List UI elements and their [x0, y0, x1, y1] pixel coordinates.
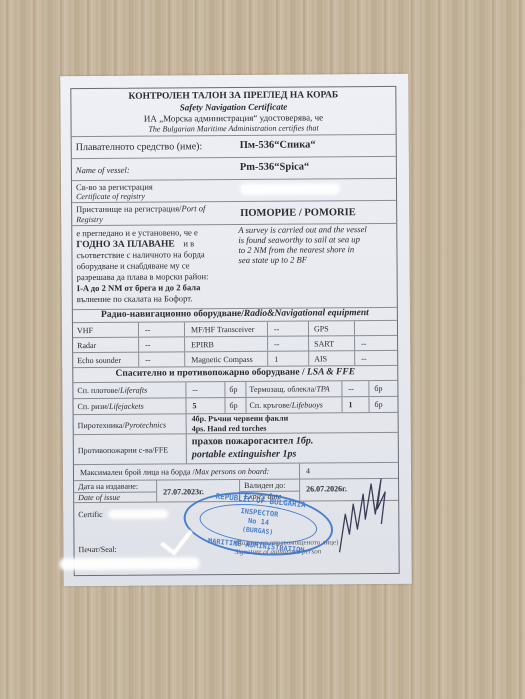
survey-bg-line: ГОДНО ЗА ПЛАВАНЕ и в — [76, 238, 194, 250]
vessel-name-en-row: Name of vessel: Pm-536“Spica“ — [72, 157, 396, 181]
radio-nav-title: Радио-навигационно оборудване/Radio&Navi… — [73, 308, 397, 320]
ffe-value-en: portable extinguisher 1ps — [192, 449, 297, 461]
pyrotechnics-row: Пиротехника/Pyrotechnics 4бр. Ръчни черв… — [74, 413, 398, 435]
equipment-value: -- — [361, 339, 366, 348]
expiry-label-bg: Валиден до: — [244, 481, 285, 490]
registry-label-bg: Св-во за регистрация — [76, 182, 153, 193]
equipment-label: AIS — [314, 354, 327, 363]
vessel-value-bg: Пм-536“Спика“ — [240, 139, 316, 151]
equipment-label: MF/HF Transceiver — [191, 325, 254, 334]
certificate-paper: КОНТРОЛЕН ТАЛОН ЗА ПРЕГЛЕД НА КОРАБ Safe… — [60, 74, 412, 586]
port-label-bg: Пристанище на регистрация/Port of — [76, 203, 205, 214]
survey-bg-line: е прегледано и е установено, че е — [76, 227, 198, 238]
equipment-label: Echo sounder — [77, 356, 121, 365]
lsa-label: Термозащ. облекла/TPA — [249, 384, 329, 394]
lsa-unit: бр — [229, 401, 237, 410]
seal-label: Печат/Seal: — [78, 545, 116, 554]
issuer-en: The Bulgarian Maritime Administration ce… — [72, 123, 396, 134]
pyrotechnics-label: Пиротехника/Pyrotechnics — [78, 420, 167, 430]
port-label-en: Registry — [76, 215, 103, 224]
pyrotechnics-value-en: 4ps. Hand red torches — [192, 424, 267, 434]
equipment-value: -- — [274, 325, 279, 334]
lsa-value: -- — [192, 385, 197, 394]
registry-row: Св-во за регистрация Certificate of regi… — [72, 179, 396, 203]
certificate-number-redacted — [108, 509, 168, 518]
lsa-value: -- — [348, 384, 353, 393]
issue-label-en: Date of issue — [78, 493, 120, 502]
pyrotechnics-value-bg: 4бр. Ръчни червени факли — [192, 414, 289, 424]
max-persons-label: Максимален брой лица на борда /Max perso… — [80, 467, 269, 477]
equipment-value: -- — [145, 326, 150, 335]
lsa-ffe-title: Спасително и противопожарно оборудване /… — [73, 367, 397, 379]
vessel-label-bg: Плавателното средство (име): — [76, 141, 203, 153]
equipment-value: 1 — [274, 355, 278, 364]
signature-scribble — [331, 474, 392, 554]
lsa-value: 5 — [192, 401, 196, 410]
vessel-value-en: Pm-536“Spica“ — [240, 161, 309, 172]
ffe-label: Противопожарни с-ва/FFE — [78, 445, 168, 455]
survey-bg-line: I-A до 2 NM от брега и до 2 бала — [77, 282, 201, 293]
lsa-label: Сп. кръгове/Lifebuoys — [249, 400, 322, 410]
survey-en-line: to 2 NM from the nearest shore in — [238, 244, 354, 255]
registry-value-redacted — [240, 183, 340, 195]
port-row: Пристанище на регистрация/Port of Regist… — [72, 201, 396, 226]
equipment-label: Radar — [77, 341, 96, 350]
ffe-row: Противопожарни с-ва/FFE прахов пожарогас… — [74, 433, 398, 465]
vessel-label-en: Name of vessel: — [76, 165, 130, 175]
survey-row: е прегледано и е установено, че е ГОДНО … — [72, 224, 397, 310]
survey-bg-line: съответствие с наличното на борда — [76, 249, 204, 260]
survey-bg-line: вълнение по скалата на Бофорт. — [77, 293, 193, 304]
equipment-value: -- — [145, 341, 150, 350]
ffe-value-bg: прахов пожарогасител 1бр. — [192, 435, 314, 447]
survey-bg: е прегледано и е установено, че е ГОДНО … — [72, 225, 236, 309]
survey-en-line: sea state up to 2 BF — [238, 255, 307, 265]
bottom-redaction — [60, 557, 200, 570]
equipment-value: -- — [145, 356, 150, 365]
lsa-unit: бр — [374, 400, 382, 409]
equipment-label: SART — [314, 339, 334, 348]
issue-label-bg: Дата на издаване: — [78, 482, 138, 491]
registry-label-en: Certificate of registry — [76, 192, 145, 201]
port-value: ПОМОРИЕ / POMORIE — [240, 207, 356, 219]
lsa-unit: бр — [374, 384, 382, 393]
certificate-header: КОНТРОЛЕН ТАЛОН ЗА ПРЕГЛЕД НА КОРАБ Safe… — [71, 87, 395, 137]
certificate-number-label: Certific — [78, 510, 102, 519]
equipment-label: Magnetic Compass — [191, 355, 253, 364]
lsa-value: 1 — [348, 400, 352, 409]
vessel-name-bg-row: Плавателното средство (име): Пм-536“Спик… — [72, 135, 396, 159]
survey-bg-line: разрешава да плава в морски район: — [77, 271, 209, 282]
equipment-value: -- — [361, 354, 366, 363]
lsa-label: Сп. ризи/Lifejackets — [77, 402, 143, 411]
equipment-label: EPIRB — [191, 340, 214, 349]
lsa-label: Сп. плотове/Liferafts — [77, 386, 147, 395]
equipment-value: -- — [274, 340, 279, 349]
equipment-label: VHF — [77, 326, 93, 335]
survey-bg-line: оборудване и снабдяване му се — [77, 260, 190, 271]
lsa-unit: бр — [229, 385, 237, 394]
survey-en: A survey is carried out and the vessel i… — [235, 224, 397, 308]
max-persons-value: 4 — [306, 466, 310, 475]
equipment-label: GPS — [314, 324, 329, 333]
